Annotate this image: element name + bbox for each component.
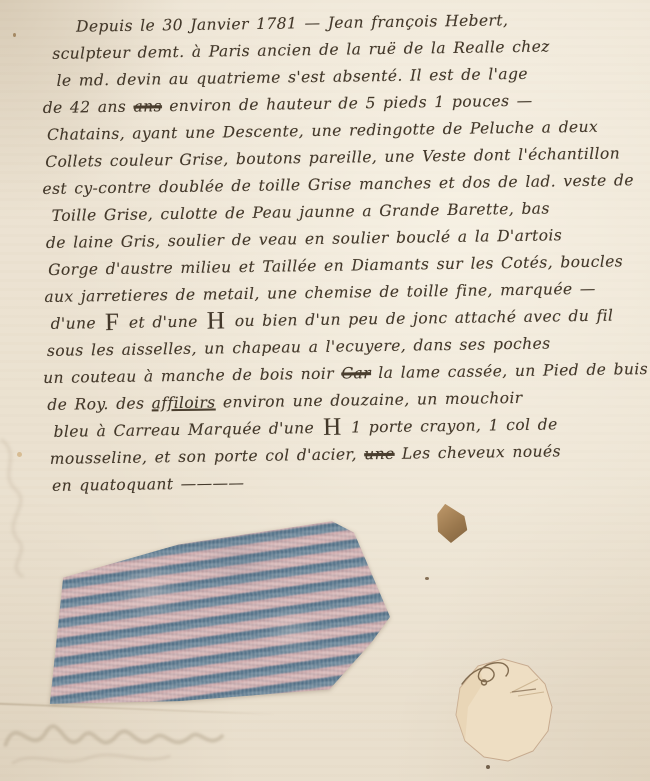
text-segment: mousseline, et son porte col d'acier, — [50, 445, 365, 468]
text-segment: ou bien d'un peu de jonc attaché avec du… — [235, 307, 614, 331]
text-segment: environ de hauteur de 5 pieds 1 pouces — — [162, 92, 533, 115]
text-segment: de laine Gris, soulier de veau en soulie… — [46, 226, 562, 252]
manuscript-page: Depuis le 30 Janvier 1781 — Jean françoi… — [0, 0, 650, 781]
ink-speck — [13, 33, 16, 37]
fabric-mottle — [46, 513, 396, 709]
text-segment: sous les aisselles, un chapeau a l'ecuye… — [47, 334, 551, 359]
paper-seal — [448, 652, 560, 772]
text-segment: Collets couleur Grise, boutons pareille,… — [45, 144, 620, 171]
fabric-swatch — [46, 513, 396, 709]
fabric-swatch-shape — [46, 513, 396, 709]
text-segment: la lame cassée, un Pied de buis — [371, 360, 648, 382]
ink-speck — [486, 765, 490, 769]
ink-speck — [425, 577, 429, 580]
text-segment: sculpteur demt. à Paris ancien de la ruë… — [52, 38, 550, 63]
text-segment: de 42 ans — [43, 98, 134, 117]
text-segment: H — [207, 307, 226, 334]
text-segment: affiloirs — [152, 393, 216, 412]
text-segment: de Roy. des — [47, 394, 152, 414]
text-segment: Depuis le 30 Janvier 1781 — Jean françoi… — [76, 11, 508, 35]
text-segment: F — [105, 309, 120, 336]
margin-bleed-through — [0, 430, 44, 580]
manuscript-line: en quatoquant ———— — [52, 470, 245, 499]
text-segment: est cy-contre doublée de toille Grise ma… — [42, 171, 634, 198]
text-segment: 1 porte crayon, 1 col de — [351, 415, 558, 436]
text-segment: une — [364, 445, 395, 463]
text-segment: en quatoquant ———— — [52, 474, 245, 495]
text-segment: environ une douzaine, un mouchoir — [215, 389, 522, 412]
text-segment: Gorge d'austre milieu et Taillée en Diam… — [48, 252, 623, 279]
text-segment: et d'une — [129, 313, 198, 332]
text-segment: ans — [133, 97, 162, 115]
text-segment: aux jarretieres de metail, une chemise d… — [44, 280, 596, 306]
text-segment: d'une — [51, 314, 97, 333]
text-segment: Chatains, ayant une Descente, une reding… — [47, 118, 598, 144]
text-segment: bleu à Carreau Marquée d'une — [53, 419, 314, 441]
ink-speck — [17, 452, 22, 457]
text-segment: H — [323, 414, 342, 441]
text-segment: Car — [341, 364, 371, 382]
text-segment: Les cheveux noués — [394, 442, 561, 462]
text-segment: un couteau à manche de bois noir — [43, 365, 341, 387]
text-segment: le md. devin au quatrieme s'est absenté.… — [56, 65, 528, 90]
text-segment: Toille Grise, culotte de Peau jaunne a G… — [52, 200, 550, 225]
ink-bleed-through — [0, 682, 326, 781]
